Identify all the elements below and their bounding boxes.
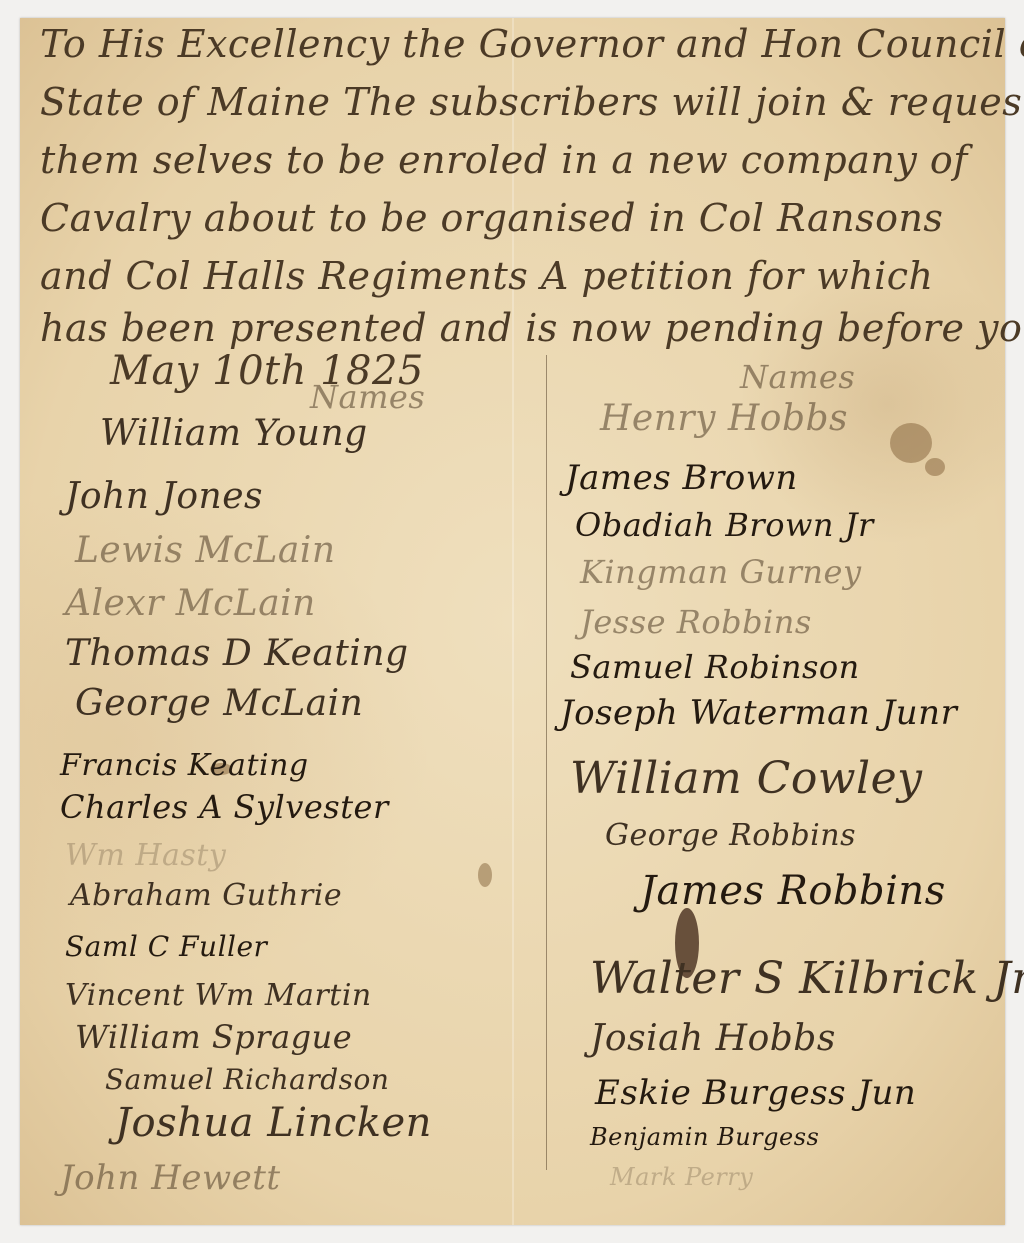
signature: Walter S Kilbrick Jr bbox=[590, 953, 1024, 1004]
petition-line: and Col Halls Regiments A petition for w… bbox=[40, 254, 934, 298]
signature: George McLain bbox=[75, 683, 363, 724]
signature: Alexr McLain bbox=[65, 583, 316, 624]
signature: Obadiah Brown Jr bbox=[575, 506, 874, 544]
signature: John Jones bbox=[65, 476, 263, 517]
signature: Wm Hasty bbox=[65, 838, 226, 873]
signature: Vincent Wm Martin bbox=[65, 978, 372, 1013]
signature: Joseph Waterman Junr bbox=[560, 693, 957, 733]
signature: Saml C Fuller bbox=[65, 930, 267, 963]
signature: Joshua Lincken bbox=[115, 1100, 432, 1146]
signature: Henry Hobbs bbox=[600, 398, 848, 439]
petition-line: Cavalry about to be organised in Col Ran… bbox=[40, 196, 943, 240]
column-heading-right: Names bbox=[740, 358, 855, 396]
signature: Charles A Sylvester bbox=[60, 788, 389, 826]
signature: Mark Perry bbox=[610, 1163, 753, 1191]
signature: Jesse Robbins bbox=[580, 603, 812, 641]
signature: William Sprague bbox=[75, 1018, 352, 1056]
signature: Benjamin Burgess bbox=[590, 1123, 819, 1151]
petition-line: has been presented and is now pending be… bbox=[40, 306, 1024, 350]
ink-stain bbox=[890, 423, 932, 463]
signature: Kingman Gurney bbox=[580, 553, 862, 591]
signature: Samuel Robinson bbox=[570, 648, 860, 686]
ink-stain bbox=[478, 863, 492, 887]
petition-line: State of Maine The subscribers will join… bbox=[40, 80, 1024, 124]
document-page: To His Excellency the Governor and Hon C… bbox=[20, 18, 1005, 1225]
column-divider-line bbox=[546, 355, 547, 1170]
signature: James Brown bbox=[565, 458, 798, 498]
signature: Eskie Burgess Jun bbox=[595, 1073, 916, 1113]
signature: Josiah Hobbs bbox=[590, 1018, 836, 1059]
petition-line: To His Excellency the Governor and Hon C… bbox=[40, 22, 1024, 66]
signature: Abraham Guthrie bbox=[70, 878, 342, 913]
column-heading-left: Names bbox=[310, 378, 425, 416]
petition-line: them selves to be enroled in a new compa… bbox=[40, 138, 968, 182]
signature: George Robbins bbox=[605, 818, 856, 853]
signature: Lewis McLain bbox=[75, 530, 336, 571]
signature: Samuel Richardson bbox=[105, 1063, 389, 1096]
signature: Francis Keating bbox=[60, 748, 309, 783]
signature: William Young bbox=[100, 413, 368, 454]
signature: William Cowley bbox=[570, 753, 922, 804]
signature: Thomas D Keating bbox=[65, 633, 409, 674]
ink-stain bbox=[925, 458, 945, 476]
signature: John Hewett bbox=[60, 1158, 281, 1198]
signature: James Robbins bbox=[640, 868, 946, 914]
